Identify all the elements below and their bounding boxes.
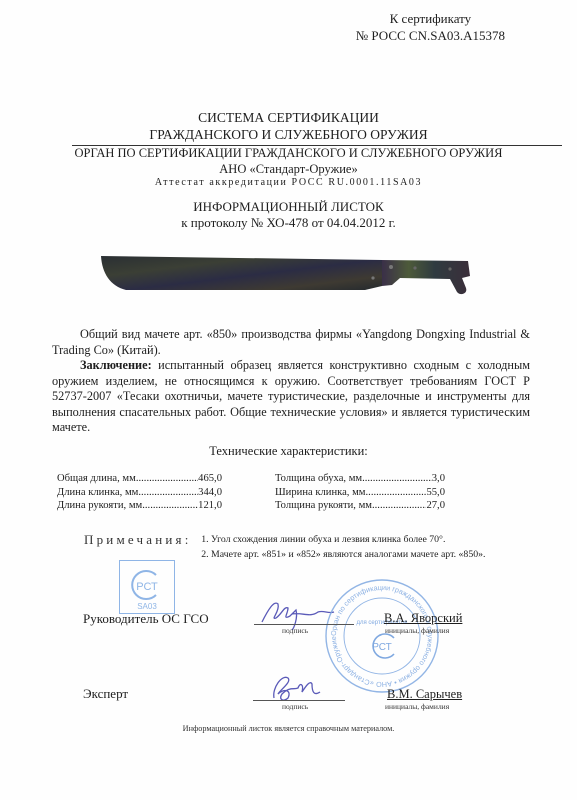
spec-value: 27,0 [426, 499, 445, 513]
specs-left-column: Общая длина, мм465,0 Длина клинка, мм344… [57, 472, 222, 513]
notes-list: Угол схождения линии обуха и лезвия клин… [197, 532, 485, 562]
system-title-line1: СИСТЕМА СЕРТИФИКАЦИИ [0, 109, 577, 126]
square-certification-stamp: РСТ SA03 [119, 560, 175, 614]
spec-value: 3,0 [432, 472, 445, 486]
signatory-role: Руководитель ОС ГСО [83, 611, 209, 627]
specs-title: Технические характеристики: [0, 444, 577, 459]
certification-organ: ОРГАН ПО СЕРТИФИКАЦИИ ГРАЖДАНСКОГО И СЛУ… [0, 145, 577, 177]
square-stamp-code: SA03 [137, 602, 157, 611]
notes-title: Примечания: [84, 532, 192, 548]
general-view-paragraph: Общий вид мачете арт. «850» производства… [52, 327, 530, 358]
round-organization-stamp: Орган по сертификации гражданского и слу… [322, 576, 442, 696]
signature-line [254, 624, 354, 625]
protocol-reference: к протоколу № ХО-478 от 04.04.2012 г. [0, 215, 577, 231]
machete-photo [100, 248, 480, 313]
spec-row: Общая длина, мм465,0 [57, 472, 222, 486]
spec-label: Длина рукояти, мм [57, 499, 142, 513]
note-item: Мачете арт. «851» и «852» являются анало… [211, 547, 485, 562]
signatory-name: В.М. Сарычев [387, 687, 462, 702]
spec-label: Длина клинка, мм [57, 486, 138, 500]
spec-label: Толщина обуха, мм [275, 472, 362, 486]
conclusion-label: Заключение: [80, 358, 152, 372]
signature-caption: подпись [282, 626, 308, 635]
note-item: Угол схождения линии обуха и лезвия клин… [211, 532, 485, 547]
document-title: ИНФОРМАЦИОННЫЙ ЛИСТОК к протоколу № ХО-4… [0, 199, 577, 231]
name-caption: инициалы, фамилия [385, 702, 449, 711]
organization-name: АНО «Стандарт-Оружие» [0, 161, 577, 177]
spec-value: 55,0 [426, 486, 445, 500]
spec-label: Толщина рукояти, мм [275, 499, 372, 513]
square-stamp-logo-text: РСТ [136, 581, 158, 593]
signature-line [253, 700, 345, 701]
organ-title: ОРГАН ПО СЕРТИФИКАЦИИ ГРАЖДАНСКОГО И СЛУ… [0, 145, 577, 161]
spec-row: Толщина рукояти, мм27,0 [275, 499, 445, 513]
spec-value: 344,0 [198, 486, 222, 500]
signature-sarychev [268, 670, 328, 704]
spec-row: Длина рукояти, мм121,0 [57, 499, 222, 513]
signatory-role: Эксперт [83, 686, 128, 702]
certificate-reference: К сертификату № РОСС CN.SA03.A15378 [356, 10, 505, 44]
info-sheet-title: ИНФОРМАЦИОННЫЙ ЛИСТОК [0, 199, 577, 215]
name-caption: инициалы, фамилия [385, 626, 449, 635]
certification-system-header: СИСТЕМА СЕРТИФИКАЦИИ ГРАЖДАНСКОГО И СЛУЖ… [0, 109, 577, 143]
spec-value: 121,0 [198, 499, 222, 513]
round-stamp-logo-text: РСТ [372, 642, 392, 653]
spec-value: 465,0 [198, 472, 222, 486]
spec-row: Ширина клинка, мм55,0 [275, 486, 445, 500]
spec-row: Толщина обуха, мм3,0 [275, 472, 445, 486]
spec-row: Длина клинка, мм344,0 [57, 486, 222, 500]
certificate-reference-label: К сертификату [356, 10, 505, 27]
footer-note: Информационный листок является справочны… [0, 724, 577, 733]
certificate-number: № РОСС CN.SA03.A15378 [356, 27, 505, 44]
signatory-name: В.А. Яворский [384, 611, 462, 626]
spec-label: Ширина клинка, мм [275, 486, 366, 500]
system-title-line2: ГРАЖДАНСКОГО И СЛУЖЕБНОГО ОРУЖИЯ [0, 126, 577, 143]
spec-label: Общая длина, мм [57, 472, 136, 486]
conclusion-paragraph: Заключение: испытанный образец является … [52, 358, 530, 436]
accreditation-line: Аттестат аккредитации РОСС RU.0001.11SA0… [0, 177, 577, 188]
signature-caption: подпись [282, 702, 308, 711]
specs-right-column: Толщина обуха, мм3,0 Ширина клинка, мм55… [275, 472, 445, 513]
